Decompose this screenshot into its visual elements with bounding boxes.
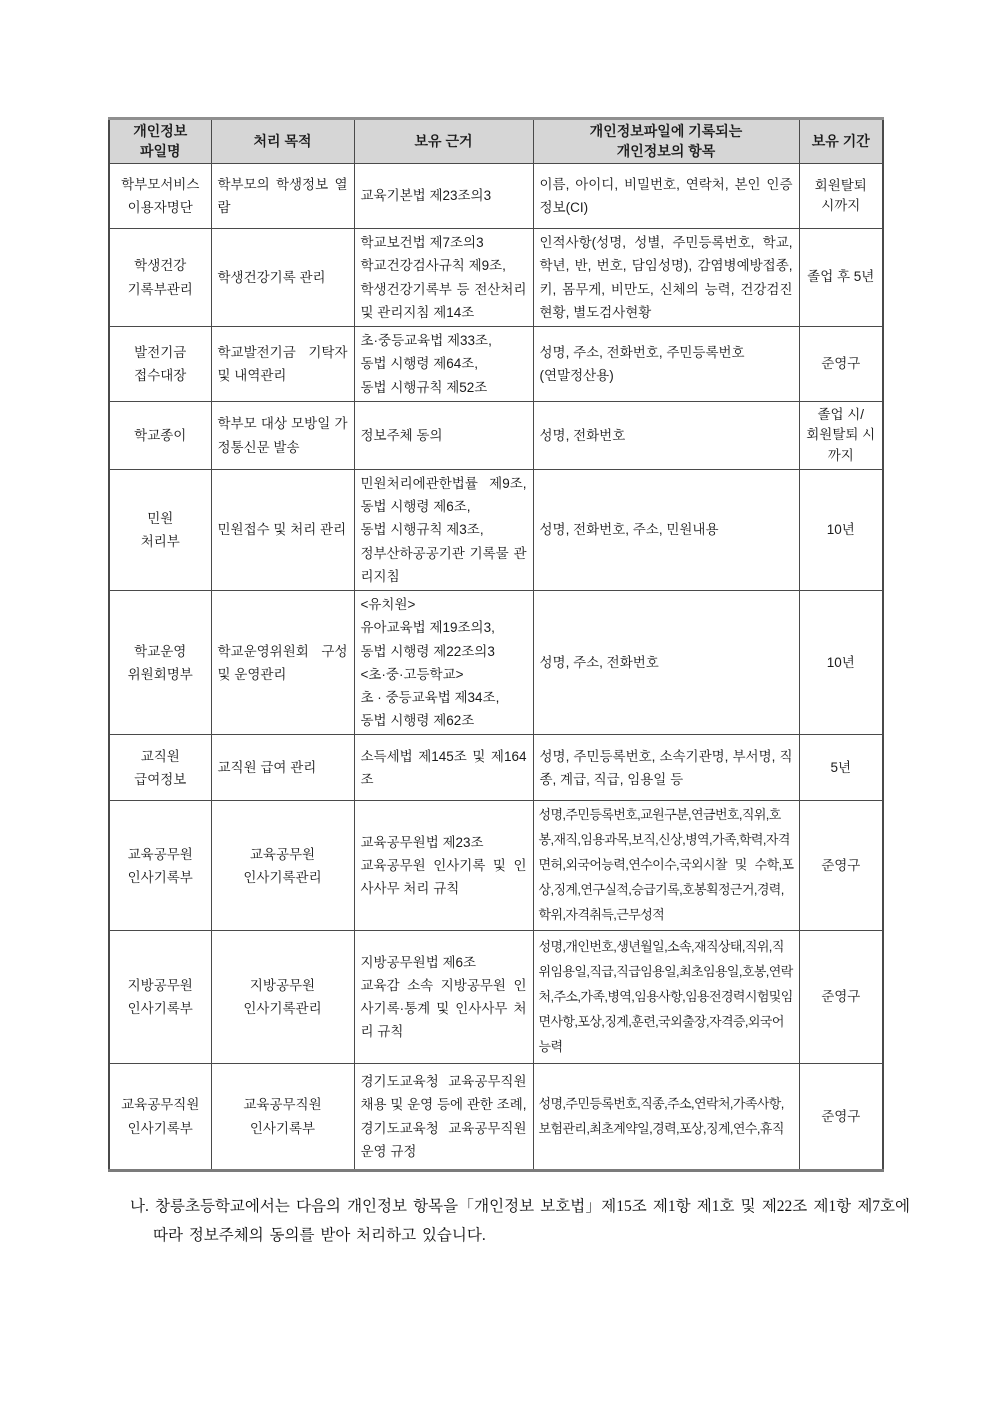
cell-basis: 교육공무원법 제23조 교육공무원 인사기록 및 인사사무 처리 규칙 bbox=[354, 801, 533, 931]
table-row: 교직원 급여정보 교직원 급여 관리 소득세법 제145조 및 제164조 성명… bbox=[109, 735, 883, 801]
cell-purpose: 교육공무직원 인사기록부 bbox=[211, 1064, 354, 1171]
cell-period: 회원탈퇴 시까지 bbox=[799, 164, 883, 229]
cell-period: 준영구 bbox=[799, 1064, 883, 1171]
cell-basis: 정보주체 동의 bbox=[354, 402, 533, 470]
cell-items: 성명,주민등록번호,직종,주소,연락처,가족사항,보험관리,최초계약일,경력,포… bbox=[533, 1064, 799, 1171]
cell-items: 성명, 주소, 전화번호, 주민등록번호 (연말정산용) bbox=[533, 327, 799, 402]
cell-basis: 민원처리에관한법률 제9조, 동법 시행령 제6조, 동법 시행규칙 제3조, … bbox=[354, 470, 533, 591]
cell-file-name: 교육공무직원 인사기록부 bbox=[109, 1064, 211, 1171]
header-row: 개인정보 파일명 처리 목적 보유 근거 개인정보파일에 기록되는 개인정보의 … bbox=[109, 119, 883, 164]
cell-basis: 초·중등교육법 제33조, 동법 시행령 제64조, 동법 시행규칙 제52조 bbox=[354, 327, 533, 402]
cell-basis: 경기도교육청 교육공무직원 채용 및 운영 등에 관한 조례, 경기도교육청 교… bbox=[354, 1064, 533, 1171]
cell-period: 준영구 bbox=[799, 801, 883, 931]
cell-file-name: 학교종이 bbox=[109, 402, 211, 470]
cell-items: 이름, 아이디, 비밀번호, 연락처, 본인 인증정보(CI) bbox=[533, 164, 799, 229]
cell-basis: 학교보건법 제7조의3 학교건강검사규칙 제9조, 학생건강기록부 등 전산처리… bbox=[354, 229, 533, 327]
cell-purpose: 지방공무원 인사기록관리 bbox=[211, 931, 354, 1064]
cell-purpose: 학부모 대상 모방일 가정통신문 발송 bbox=[211, 402, 354, 470]
cell-purpose: 학부모의 학생정보 열람 bbox=[211, 164, 354, 229]
col-header-items: 개인정보파일에 기록되는 개인정보의 항목 bbox=[533, 119, 799, 164]
cell-purpose: 교육공무원 인사기록관리 bbox=[211, 801, 354, 931]
cell-file-name: 발전기금 접수대장 bbox=[109, 327, 211, 402]
cell-period: 준영구 bbox=[799, 327, 883, 402]
table-row: 교육공무원 인사기록부 교육공무원 인사기록관리 교육공무원법 제23조 교육공… bbox=[109, 801, 883, 931]
cell-purpose: 민원접수 및 처리 관리 bbox=[211, 470, 354, 591]
cell-basis: 지방공무원법 제6조 교육감 소속 지방공무원 인사기록·통계 및 인사사무 처… bbox=[354, 931, 533, 1064]
cell-period: 10년 bbox=[799, 591, 883, 735]
table-row: 학생건강 기록부관리 학생건강기록 관리 학교보건법 제7조의3 학교건강검사규… bbox=[109, 229, 883, 327]
cell-file-name: 학생건강 기록부관리 bbox=[109, 229, 211, 327]
col-header-file-name: 개인정보 파일명 bbox=[109, 119, 211, 164]
cell-file-name: 교직원 급여정보 bbox=[109, 735, 211, 801]
cell-purpose: 교직원 급여 관리 bbox=[211, 735, 354, 801]
cell-basis: 소득세법 제145조 및 제164조 bbox=[354, 735, 533, 801]
cell-purpose: 학교운영위원회 구성 및 운영관리 bbox=[211, 591, 354, 735]
cell-purpose: 학교발전기금 기탁자 및 내역관리 bbox=[211, 327, 354, 402]
table-row: 학부모서비스 이용자명단 학부모의 학생정보 열람 교육기본법 제23조의3 이… bbox=[109, 164, 883, 229]
cell-items: 성명, 전화번호, 주소, 민원내용 bbox=[533, 470, 799, 591]
cell-period: 5년 bbox=[799, 735, 883, 801]
col-header-period: 보유 기간 bbox=[799, 119, 883, 164]
cell-items: 성명, 주소, 전화번호 bbox=[533, 591, 799, 735]
cell-file-name: 학교운영 위원회명부 bbox=[109, 591, 211, 735]
table-row: 학교종이 학부모 대상 모방일 가정통신문 발송 정보주체 동의 성명, 전화번… bbox=[109, 402, 883, 470]
table-row: 민원 처리부 민원접수 및 처리 관리 민원처리에관한법률 제9조, 동법 시행… bbox=[109, 470, 883, 591]
cell-file-name: 학부모서비스 이용자명단 bbox=[109, 164, 211, 229]
table-row: 지방공무원 인사기록부 지방공무원 인사기록관리 지방공무원법 제6조 교육감 … bbox=[109, 931, 883, 1064]
personal-info-table: 개인정보 파일명 처리 목적 보유 근거 개인정보파일에 기록되는 개인정보의 … bbox=[108, 117, 884, 1172]
cell-period: 준영구 bbox=[799, 931, 883, 1064]
cell-items: 성명,주민등록번호,교원구분,연금번호,직위,호봉,재직,임용과목,보직,신상,… bbox=[533, 801, 799, 931]
table-row: 학교운영 위원회명부 학교운영위원회 구성 및 운영관리 <유치원> 유아교육법… bbox=[109, 591, 883, 735]
table-row: 교육공무직원 인사기록부 교육공무직원 인사기록부 경기도교육청 교육공무직원 … bbox=[109, 1064, 883, 1171]
col-header-basis: 보유 근거 bbox=[354, 119, 533, 164]
cell-period: 졸업 시/ 회원탈퇴 시 까지 bbox=[799, 402, 883, 470]
table-row: 발전기금 접수대장 학교발전기금 기탁자 및 내역관리 초·중등교육법 제33조… bbox=[109, 327, 883, 402]
footer-note: 나. 창릉초등학교에서는 다음의 개인정보 항목을「개인정보 보호법」제15조 … bbox=[130, 1192, 910, 1250]
cell-file-name: 민원 처리부 bbox=[109, 470, 211, 591]
cell-basis: <유치원> 유아교육법 제19조의3, 동법 시행령 제22조의3 <초·중·고… bbox=[354, 591, 533, 735]
document-page: 개인정보 파일명 처리 목적 보유 근거 개인정보파일에 기록되는 개인정보의 … bbox=[0, 0, 992, 1403]
cell-period: 졸업 후 5년 bbox=[799, 229, 883, 327]
cell-basis: 교육기본법 제23조의3 bbox=[354, 164, 533, 229]
cell-items: 인적사항(성명, 성별, 주민등록번호, 학교, 학년, 반, 번호, 담임성명… bbox=[533, 229, 799, 327]
cell-file-name: 교육공무원 인사기록부 bbox=[109, 801, 211, 931]
cell-items: 성명, 전화번호 bbox=[533, 402, 799, 470]
cell-file-name: 지방공무원 인사기록부 bbox=[109, 931, 211, 1064]
cell-purpose: 학생건강기록 관리 bbox=[211, 229, 354, 327]
cell-items: 성명, 주민등록번호, 소속기관명, 부서명, 직종, 계급, 직급, 임용일 … bbox=[533, 735, 799, 801]
cell-items: 성명,개인번호,생년월일,소속,재직상태,직위,직위임용일,직급,직급임용일,최… bbox=[533, 931, 799, 1064]
col-header-purpose: 처리 목적 bbox=[211, 119, 354, 164]
cell-period: 10년 bbox=[799, 470, 883, 591]
